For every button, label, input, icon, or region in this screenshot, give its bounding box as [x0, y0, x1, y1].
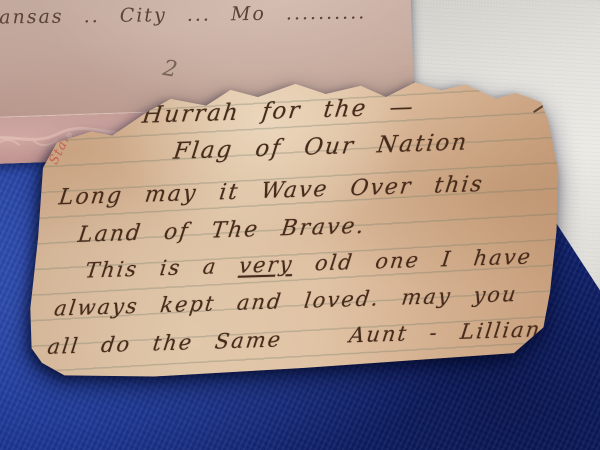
red-annotation: 48 Stars: [38, 120, 77, 166]
envelope-address: ansas .. City ... Mo ..........: [0, 1, 399, 29]
pen-mark: [533, 97, 556, 113]
handwriting-line-3: Long may it Wave Over this: [57, 172, 485, 210]
handwriting-line-7: all do the Same: [46, 327, 284, 358]
red-annotation-line2: Stars: [48, 126, 76, 167]
handwritten-note: 48 Stars Hurrah for the — Flag of Our Na…: [13, 69, 574, 386]
note-layer: 48 Stars Hurrah for the — Flag of Our Na…: [18, 78, 570, 378]
line-5-pre: This is a: [84, 254, 241, 283]
handwriting-line-5: This is a very old one I have: [84, 244, 534, 282]
line-5-underlined-word: very: [238, 252, 295, 278]
handwriting-line-1: Hurrah for the —: [141, 94, 417, 129]
handwriting-line-6: always kept and loved. may you: [53, 282, 519, 321]
handwriting-line-2: Flag of Our Nation: [172, 129, 470, 164]
signature: Aunt - Lillian: [348, 317, 543, 347]
photo-background: ansas .. City ... Mo .......... 2 48 Sta…: [0, 0, 600, 450]
line-5-post: old one I have: [292, 244, 534, 276]
handwriting-line-4: Land of The Brave.: [77, 214, 367, 248]
